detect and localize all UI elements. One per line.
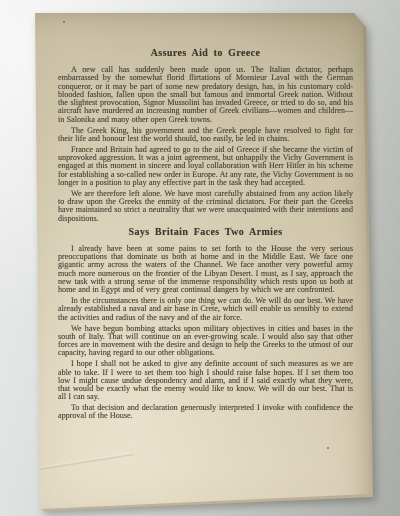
- paragraph: I hope I shall not be asked to give any …: [58, 360, 353, 401]
- paragraph: France and Britain had agreed to go to t…: [58, 146, 353, 187]
- page-content: Assures Aid to Greece A new call has sud…: [33, 10, 353, 511]
- section-heading-says-britain-faces-two-armies: Says Britain Faces Two Armies: [58, 227, 353, 238]
- pamphlet-page: Assures Aid to Greece A new call has sud…: [33, 10, 373, 511]
- section-heading-assures-aid-to-greece: Assures Aid to Greece: [58, 48, 353, 59]
- pamphlet-page-wrapper: Assures Aid to Greece A new call has sud…: [33, 10, 373, 511]
- paragraph: The Greek King, his government and the G…: [58, 127, 353, 144]
- paragraph: We have begun bombing attacks upon milit…: [58, 325, 353, 358]
- paragraph: I already have been at some pains to set…: [58, 245, 353, 295]
- paragraph: To that decision and declaration generou…: [58, 404, 353, 421]
- paragraph: In the circumstances there is only one t…: [58, 297, 353, 322]
- photo-background: Assures Aid to Greece A new call has sud…: [0, 0, 400, 516]
- paragraph: A new call has suddenly been made upon u…: [58, 66, 353, 124]
- paragraph: We are therefore left alone. We have mos…: [58, 190, 353, 223]
